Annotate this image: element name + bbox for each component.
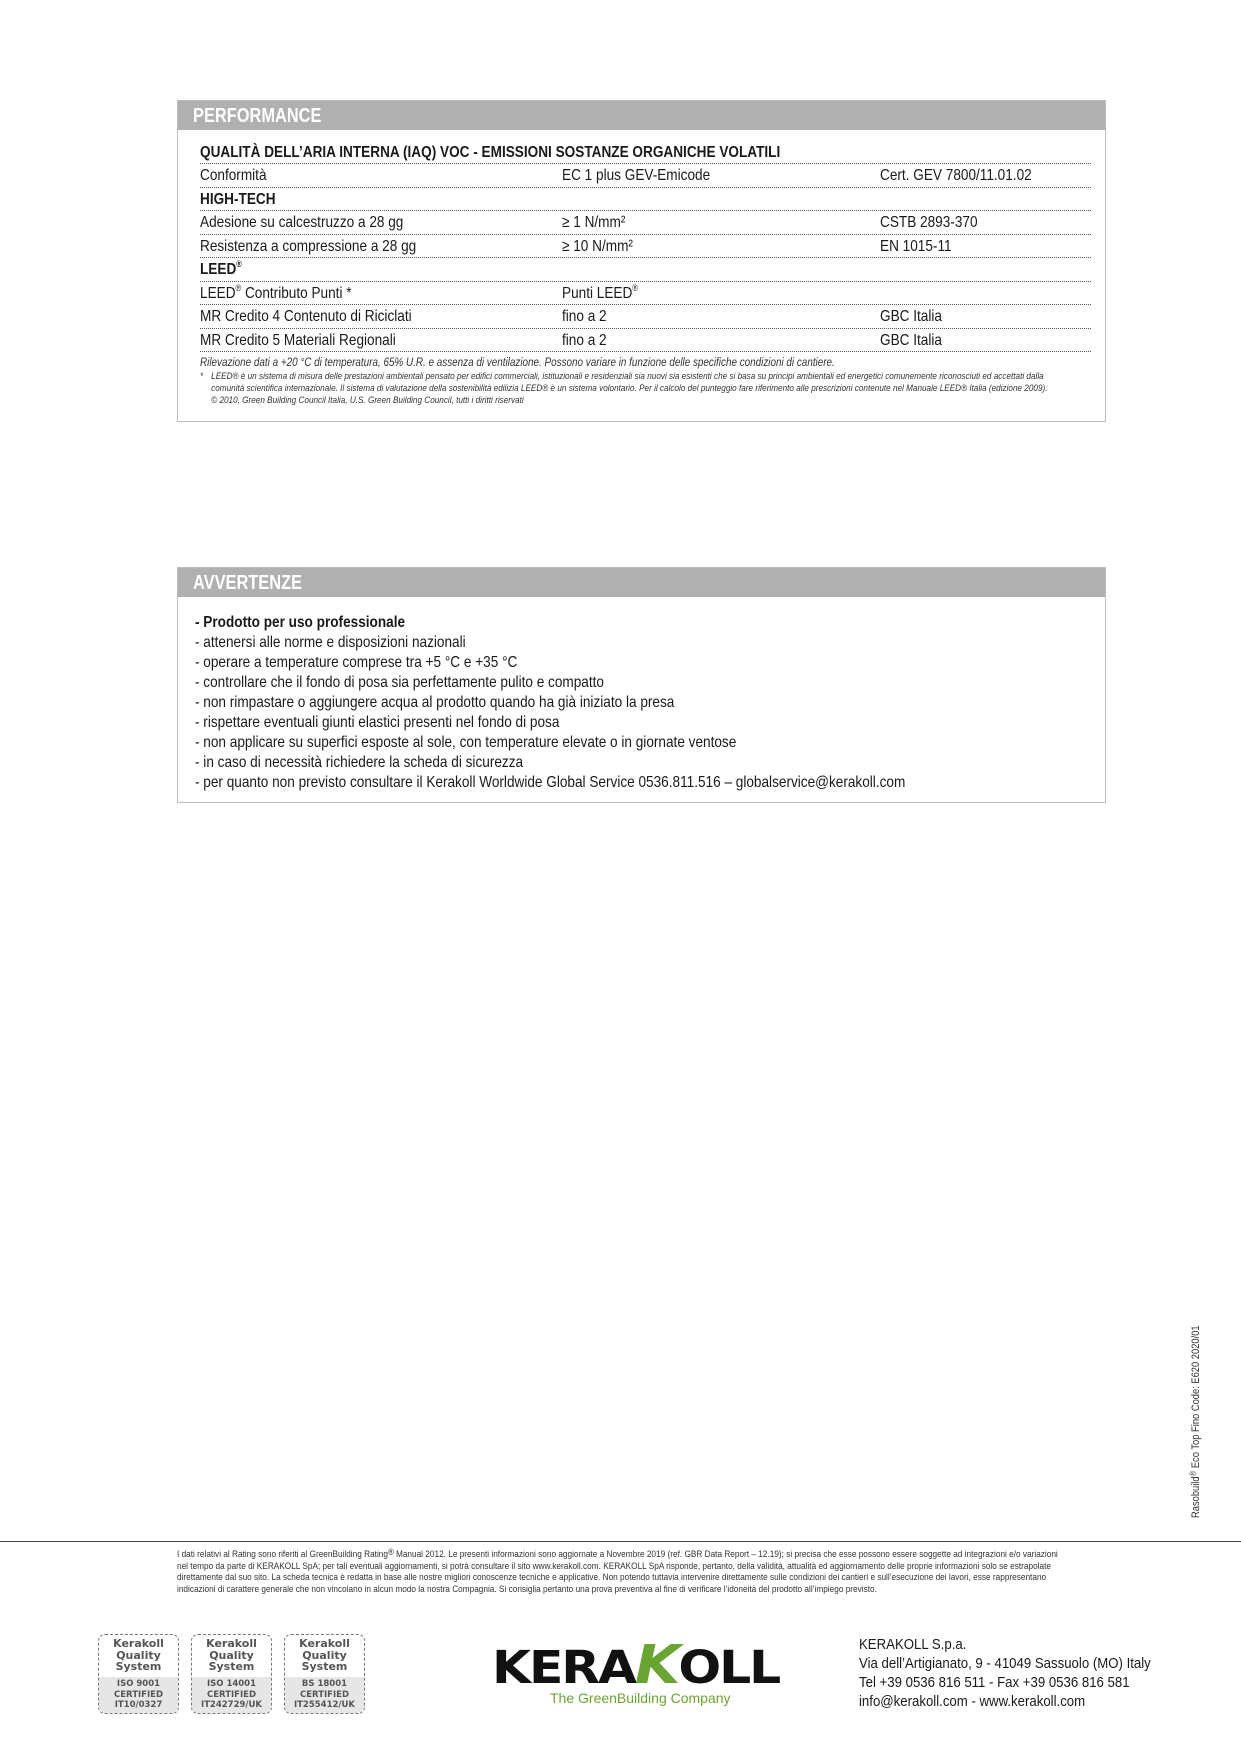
cell-c2: fino a 2 [562,308,607,326]
table-row: Resistenza a compressione a 28 gg≥ 10 N/… [200,235,1091,259]
cell-c3: EN 1015-11 [880,238,952,256]
cell-c1: QUALITÀ DELL’ARIA INTERNA (IAQ) VOC - EM… [200,144,780,162]
warning-item: - controllare che il fondo di posa sia p… [195,674,905,694]
cell-c1: Conformità [200,167,267,185]
warning-item: - Prodotto per uso professionale [195,614,905,634]
cell-c2: ≥ 1 N/mm² [562,214,625,232]
badge-cert: BS 18001CERTIFIEDIT255412/UK [285,1677,364,1713]
cell-c1: HIGH-TECH [200,191,276,209]
logo-wordmark: KERAKOLL [492,1644,765,1690]
note-copyright: © 2010, Green Building Council Italia, U… [200,395,1047,407]
cell-c1: MR Credito 5 Materiali Regionali [200,332,396,350]
cell-c1: LEED® [200,261,242,279]
cell-c1: MR Credito 4 Contenuto di Riciclati [200,308,412,326]
quality-badges: KerakollQualitySystemISO 9001CERTIFIEDIT… [98,1634,365,1714]
avvertenze-title: AVVERTENZE [193,572,302,595]
cell-c2: EC 1 plus GEV-Emicode [562,167,710,185]
certification-badge: KerakollQualitySystemISO 14001CERTIFIEDI… [191,1634,272,1714]
warning-item: - in caso di necessità richiedere la sch… [195,754,905,774]
note-leed-1: *LEED® è un sistema di misura delle pres… [200,371,1047,383]
kerakoll-logo: KERAKOLL The GreenBuilding Company [492,1644,752,1692]
table-row: Adesione su calcestruzzo a 28 gg≥ 1 N/mm… [200,211,1091,235]
cell-c2: Punti LEED® [562,285,638,303]
badge-cert: ISO 9001CERTIFIEDIT10/0327 [99,1677,178,1713]
company-street: Via dell’Artigianato, 9 - 41049 Sassuolo… [859,1654,1151,1673]
table-row: MR Credito 5 Materiali Regionalifino a 2… [200,329,1091,353]
performance-table: QUALITÀ DELL’ARIA INTERNA (IAQ) VOC - EM… [200,141,1091,352]
avvertenze-header: AVVERTENZE [178,568,1105,597]
note-leed-2: comunità scientifica internazionale. Il … [200,383,1047,395]
company-address: KERAKOLL S.p.a. Via dell’Artigianato, 9 … [859,1635,1191,1711]
cell-c3: GBC Italia [880,308,942,326]
cell-c1: Adesione su calcestruzzo a 28 gg [200,214,403,232]
table-group-header: LEED® [200,258,1091,282]
cell-c1: Resistenza a compressione a 28 gg [200,238,416,256]
cell-c1: LEED® Contributo Punti * [200,285,352,303]
table-row: LEED® Contributo Punti *Punti LEED® [200,282,1091,306]
avvertenze-section: AVVERTENZE - Prodotto per uso profession… [177,567,1106,803]
cell-c3: GBC Italia [880,332,942,350]
warning-item: - rispettare eventuali giunti elastici p… [195,714,905,734]
table-group-header: QUALITÀ DELL’ARIA INTERNA (IAQ) VOC - EM… [200,141,1091,164]
warning-item: - per quanto non previsto consultare il … [195,774,905,794]
badge-title: KerakollQualitySystem [99,1635,178,1678]
warning-item: - non rimpastare o aggiungere acqua al p… [195,694,905,714]
badge-cert: ISO 14001CERTIFIEDIT242729/UK [192,1677,271,1713]
warning-item: - non applicare su superfici esposte al … [195,734,905,754]
table-group-header: HIGH-TECH [200,188,1091,212]
performance-section: PERFORMANCE QUALITÀ DELL’ARIA INTERNA (I… [177,100,1106,422]
product-code: Rasobuild® Eco Top Fino Code: E620 2020/… [1190,1291,1202,1518]
cell-c2: fino a 2 [562,332,607,350]
performance-notes: Rilevazione dati a +20 °C di temperatura… [200,357,1185,407]
badge-title: KerakollQualitySystem [285,1635,364,1678]
performance-title: PERFORMANCE [193,105,321,128]
cell-c2: ≥ 10 N/mm² [562,238,633,256]
table-row: ConformitàEC 1 plus GEV-EmicodeCert. GEV… [200,164,1091,188]
company-name: KERAKOLL S.p.a. [859,1635,1151,1654]
avvertenze-list: - Prodotto per uso professionale- attene… [195,614,1031,794]
footer-disclaimer: I dati relativi al Rating sono riferiti … [177,1549,1201,1596]
logo-tagline: The GreenBuilding Company [550,1690,731,1706]
table-row: MR Credito 4 Contenuto di Riciclatifino … [200,305,1091,329]
company-web: info@kerakoll.com - www.kerakoll.com [859,1692,1151,1711]
cell-c3: CSTB 2893-370 [880,214,978,232]
footer-divider [0,1541,1241,1542]
badge-title: KerakollQualitySystem [192,1635,271,1678]
company-phone: Tel +39 0536 816 511 - Fax +39 0536 816 … [859,1673,1151,1692]
certification-badge: KerakollQualitySystemISO 9001CERTIFIEDIT… [98,1634,179,1714]
cell-c3: Cert. GEV 7800/11.01.02 [880,167,1032,185]
warning-item: - attenersi alle norme e disposizioni na… [195,634,905,654]
certification-badge: KerakollQualitySystemBS 18001CERTIFIEDIT… [284,1634,365,1714]
warning-item: - operare a temperature comprese tra +5 … [195,654,905,674]
note-conditions: Rilevazione dati a +20 °C di temperatura… [200,357,1047,371]
performance-header: PERFORMANCE [178,101,1105,130]
